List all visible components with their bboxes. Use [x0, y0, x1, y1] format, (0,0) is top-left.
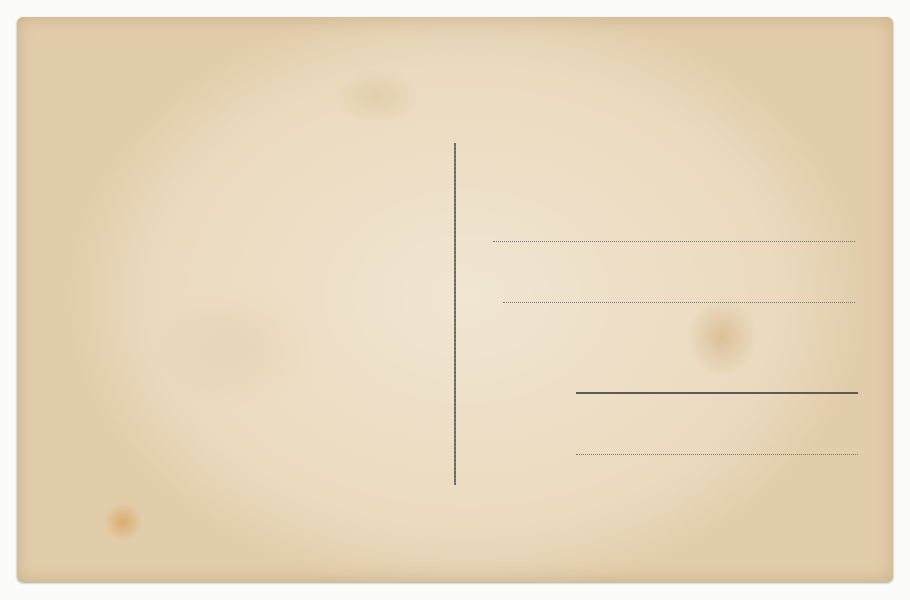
postcard-back [17, 17, 893, 582]
address-line-1 [493, 241, 855, 243]
center-divider-line [454, 143, 456, 485]
address-line-3 [576, 392, 858, 395]
address-line-2 [503, 302, 855, 304]
address-line-4 [576, 454, 858, 456]
